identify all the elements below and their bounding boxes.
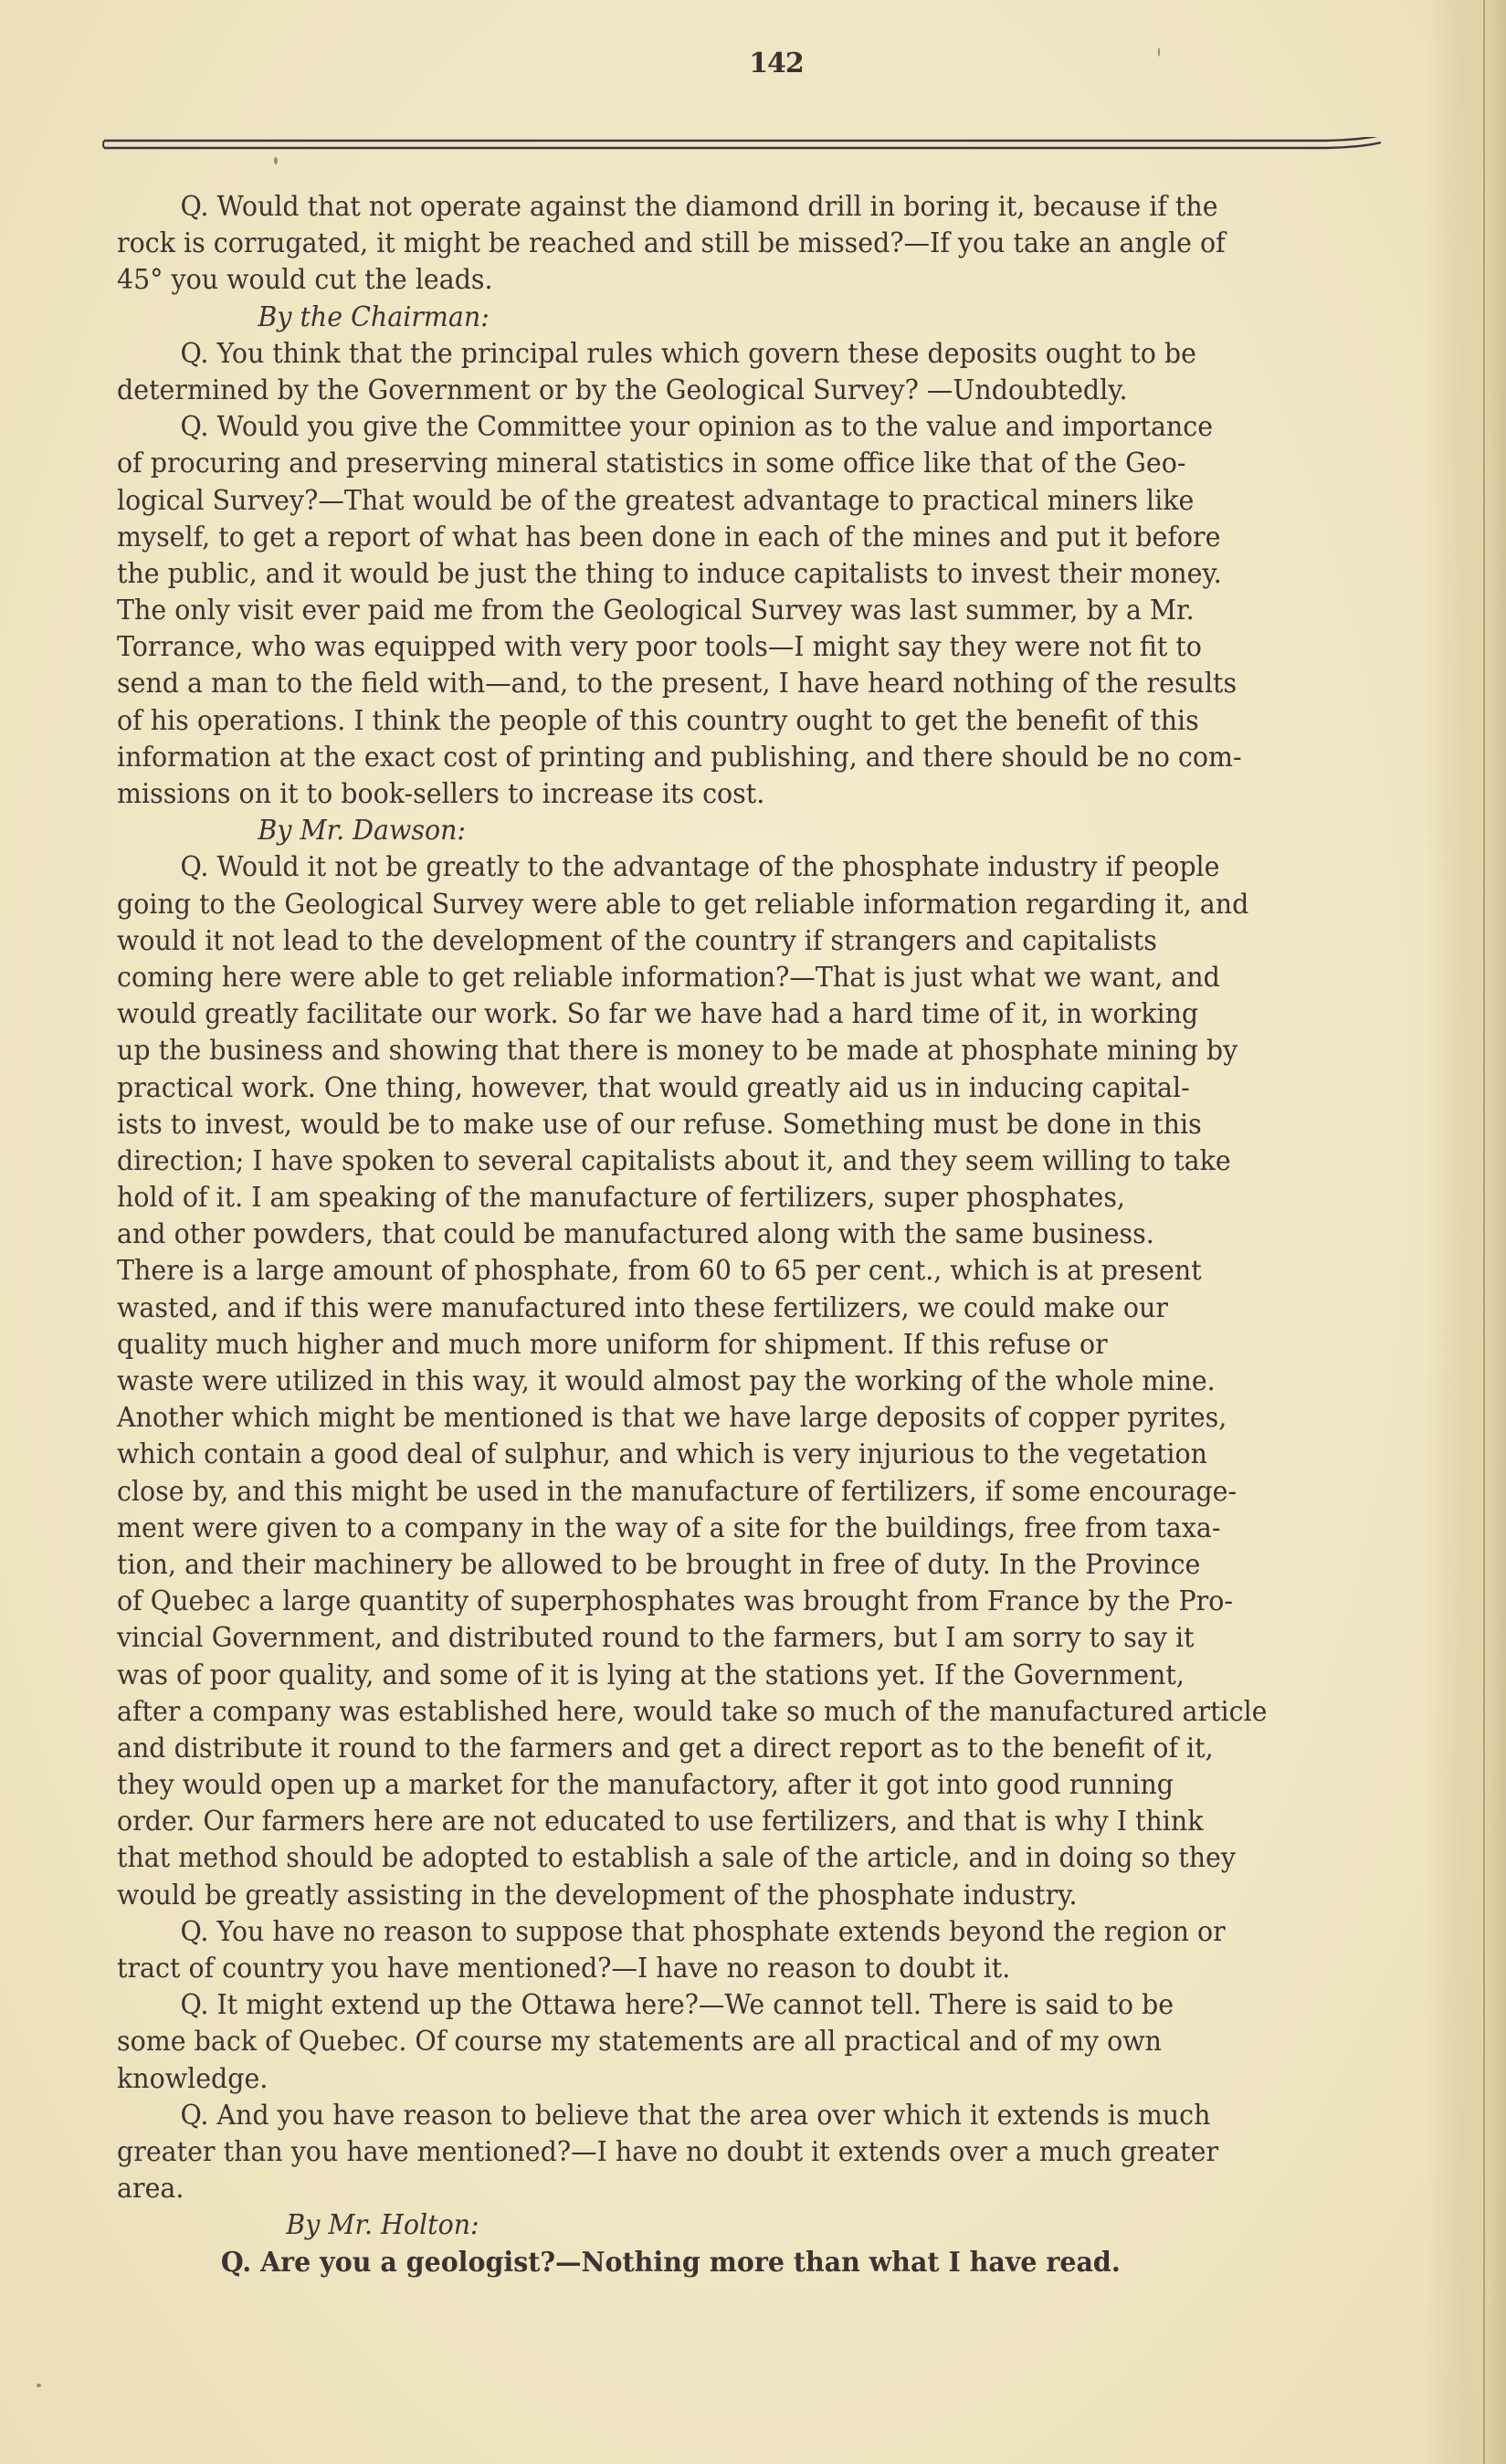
question-line: Q. You think that the principal rules wh… xyxy=(117,335,1443,372)
text-line: The only visit ever paid me from the Geo… xyxy=(117,592,1443,628)
text-line: There is a large amount of phosphate, fr… xyxy=(117,1252,1443,1289)
text-line: would greatly facilitate our work. So fa… xyxy=(117,995,1443,1032)
text-line: ists to invest, would be to make use of … xyxy=(117,1106,1443,1142)
text-line: waste were utilized in this way, it woul… xyxy=(117,1363,1443,1399)
text-line: 45° you would cut the leads. xyxy=(117,261,1443,298)
text-line: Torrance, who was equipped with very poo… xyxy=(117,628,1443,665)
text-line: of his operations. I think the people of… xyxy=(117,702,1443,739)
header-double-rule xyxy=(102,137,1381,150)
text-line: that method should be adopted to establi… xyxy=(117,1839,1443,1876)
text-line: determined by the Government or by the G… xyxy=(117,372,1443,408)
testimony-text: Q. Would that not operate against the di… xyxy=(117,188,1443,2280)
text-line: direction; I have spoken to several capi… xyxy=(117,1142,1443,1179)
text-line: quality much higher and much more unifor… xyxy=(117,1326,1443,1363)
text-line: tract of country you have mentioned?—I h… xyxy=(117,1950,1443,1986)
question-line: Q. Would it not be greatly to the advant… xyxy=(117,848,1443,885)
text-line: knowledge. xyxy=(117,2060,1443,2097)
text-line: order. Our farmers here are not educated… xyxy=(117,1803,1443,1839)
question-line: Q. It might extend up the Ottawa here?—W… xyxy=(117,1986,1443,2023)
book-spine-edge xyxy=(1483,0,1485,2464)
text-line: missions on it to book-sellers to increa… xyxy=(117,775,1443,812)
text-line: Another which might be mentioned is that… xyxy=(117,1399,1443,1436)
speaker-heading: By the Chairman: xyxy=(117,299,1443,335)
paper-speck xyxy=(37,2384,41,2387)
text-line: would be greatly assisting in the develo… xyxy=(117,1877,1443,1913)
question-line: Q. You have no reason to suppose that ph… xyxy=(117,1913,1443,1950)
text-line: vincial Government, and distributed roun… xyxy=(117,1619,1443,1656)
text-line: send a man to the field with—and, to the… xyxy=(117,665,1443,701)
text-line: wasted, and if this were manufactured in… xyxy=(117,1290,1443,1326)
question-line: Q. And you have reason to believe that t… xyxy=(117,2097,1443,2133)
speaker-heading: By Mr. Holton: xyxy=(117,2206,1443,2243)
text-line: rock is corrugated, it might be reached … xyxy=(117,225,1443,261)
document-page: 142 Q. Would that not operate against th… xyxy=(0,0,1506,2464)
text-line: area. xyxy=(117,2170,1443,2206)
text-line: and other powders, that could be manufac… xyxy=(117,1216,1443,1252)
text-line: greater than you have mentioned?—I have … xyxy=(117,2133,1443,2170)
text-line: myself, to get a report of what has been… xyxy=(117,519,1443,555)
text-line: the public, and it would be just the thi… xyxy=(117,555,1443,592)
question-line: Q. Are you a geologist?—Nothing more tha… xyxy=(117,2244,1443,2280)
text-line: information at the exact cost of printin… xyxy=(117,739,1443,775)
speaker-heading: By Mr. Dawson: xyxy=(117,812,1443,848)
paper-speck xyxy=(274,157,278,164)
text-line: they would open up a market for the manu… xyxy=(117,1766,1443,1803)
text-line: was of poor quality, and some of it is l… xyxy=(117,1657,1443,1693)
text-line: logical Survey?—That would be of the gre… xyxy=(117,482,1443,519)
text-line: and distribute it round to the farmers a… xyxy=(117,1730,1443,1766)
text-line: which contain a good deal of sulphur, an… xyxy=(117,1436,1443,1472)
text-line: going to the Geological Survey were able… xyxy=(117,886,1443,922)
text-line: would it not lead to the development of … xyxy=(117,922,1443,959)
page-number: 142 xyxy=(0,47,1506,79)
text-line: hold of it. I am speaking of the manufac… xyxy=(117,1179,1443,1216)
question-line: Q. Would that not operate against the di… xyxy=(117,188,1443,225)
text-line: close by, and this might be used in the … xyxy=(117,1473,1443,1510)
paper-speck xyxy=(1158,47,1160,57)
text-line: some back of Quebec. Of course my statem… xyxy=(117,2023,1443,2059)
text-line: tion, and their machinery be allowed to … xyxy=(117,1546,1443,1583)
text-line: ment were given to a company in the way … xyxy=(117,1510,1443,1546)
question-line: Q. Would you give the Committee your opi… xyxy=(117,408,1443,445)
text-line: of procuring and preserving mineral stat… xyxy=(117,445,1443,481)
text-line: coming here were able to get reliable in… xyxy=(117,959,1443,995)
text-line: of Quebec a large quantity of superphosp… xyxy=(117,1583,1443,1619)
text-line: practical work. One thing, however, that… xyxy=(117,1069,1443,1106)
text-line: after a company was established here, wo… xyxy=(117,1693,1443,1730)
text-line: up the business and showing that there i… xyxy=(117,1032,1443,1069)
